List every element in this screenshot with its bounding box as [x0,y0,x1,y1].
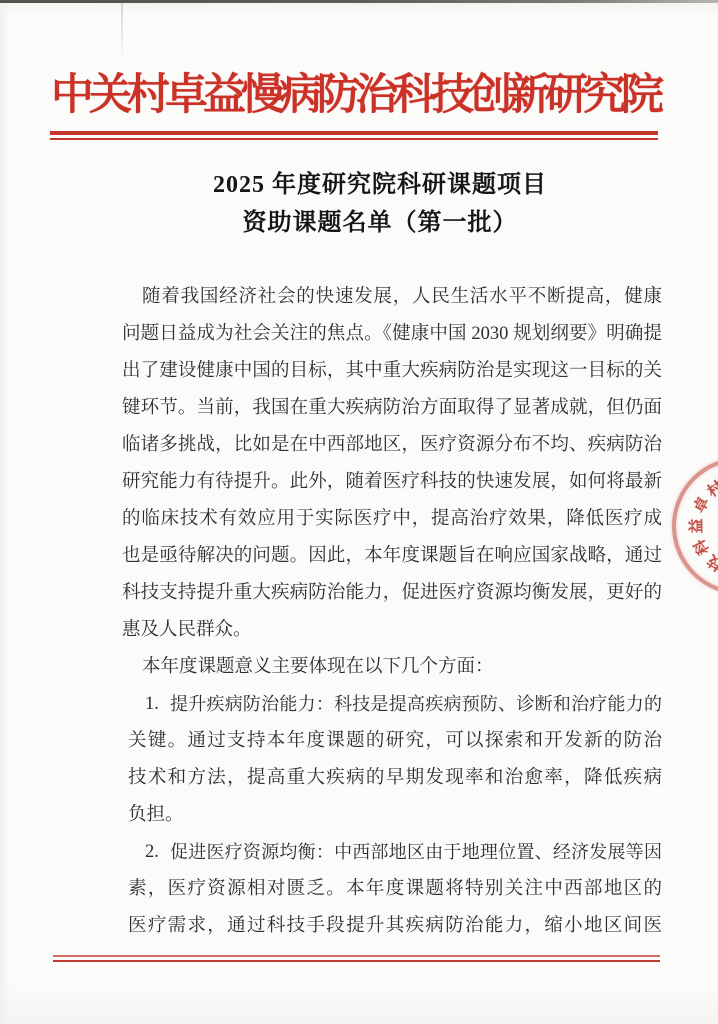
list-item-2-line: 素，医疗资源相对匮乏。本年度课题将特别关注中西部地区的 [122,871,662,908]
paragraph1-line: 随着我国经济社会的快速发展，人民生活水平不断提高，健康 [122,279,662,316]
paragraph2-line: 本年度课题意义主要体现在以下几个方面： [122,649,662,686]
paragraph1-line: 出了建设健康中国的目标，其中重大疾病防治是实现这一目标的关 [122,353,662,390]
list-item-1-first-line: 1. 提升疾病防治能力：科技是提高疾病预防、诊断和治疗能力的 [122,686,662,723]
paragraph1-line: 也是亟待解决的问题。因此，本年度课题旨在响应国家战略，通过 [122,538,662,575]
list-item-2-line: 医疗需求，通过科技手段提升其疾病防治能力，缩小地区间医 [122,908,662,945]
document-title-line1: 2025 年度研究院科研课题项目 [100,166,660,204]
list-item-1-text: 提升疾病防治能力：科技是提高疾病预防、诊断和治疗能力的 [170,694,662,714]
list-item-1-line: 关键。通过支持本年度课题的研究，可以探索和开发新的防治 [122,723,662,760]
scanned-document-page: 中关村卓益慢病防治科技创新研究院 2025 年度研究院科研课题项目 资助课题名单… [0,0,718,1024]
scan-edge-artifact [0,0,718,3]
document-title: 2025 年度研究院科研课题项目 资助课题名单（第一批） [100,166,660,242]
footer-double-rule [53,955,660,962]
list-item-2-first-line: 2. 促进医疗资源均衡：中西部地区由于地理位置、经济发展等因 [122,834,662,871]
letterhead-double-rule [50,131,658,140]
paragraph1-line: 科技支持提升重大疾病防治能力，促进医疗资源均衡发展，更好的 [122,575,662,612]
official-seal: 村 卓 益 科 技 [672,457,718,595]
paragraph1-line: 研究能力有待提升。此外，随着医疗科技的快速发展，如何将最新 [122,464,662,501]
paragraph1-line: 键环节。当前，我国在重大疾病防治方面取得了显著成就，但仍面 [122,390,662,427]
list-item-2-number: 2. [145,834,159,871]
document-title-line2: 资助课题名单（第一批） [100,204,660,242]
list-item-1-line: 负担。 [122,797,662,834]
paragraph1-line: 的临床技术有效应用于实际医疗中，提高治疗效果，降低医疗成本， [122,501,662,538]
list-item-1-number: 1. [145,686,159,723]
letterhead-org-name: 中关村卓益慢病防治科技创新研究院 [40,72,670,120]
paragraph1-line: 惠及人民群众。 [122,612,662,649]
document-body: 随着我国经济社会的快速发展，人民生活水平不断提高，健康 问题日益成为社会关注的焦… [122,279,662,945]
list-item-1-line: 技术和方法，提高重大疾病的早期发现率和治愈率，降低疾病 [122,760,662,797]
scan-crease-line [121,3,123,63]
paragraph1-line: 临诸多挑战，比如是在中西部地区，医疗资源分布不均、疾病防治 [122,427,662,464]
paragraph1-line: 问题日益成为社会关注的焦点。《健康中国 2030 规划纲要》明确提 [122,316,662,353]
list-item-2-text: 促进医疗资源均衡：中西部地区由于地理位置、经济发展等因 [170,842,662,862]
